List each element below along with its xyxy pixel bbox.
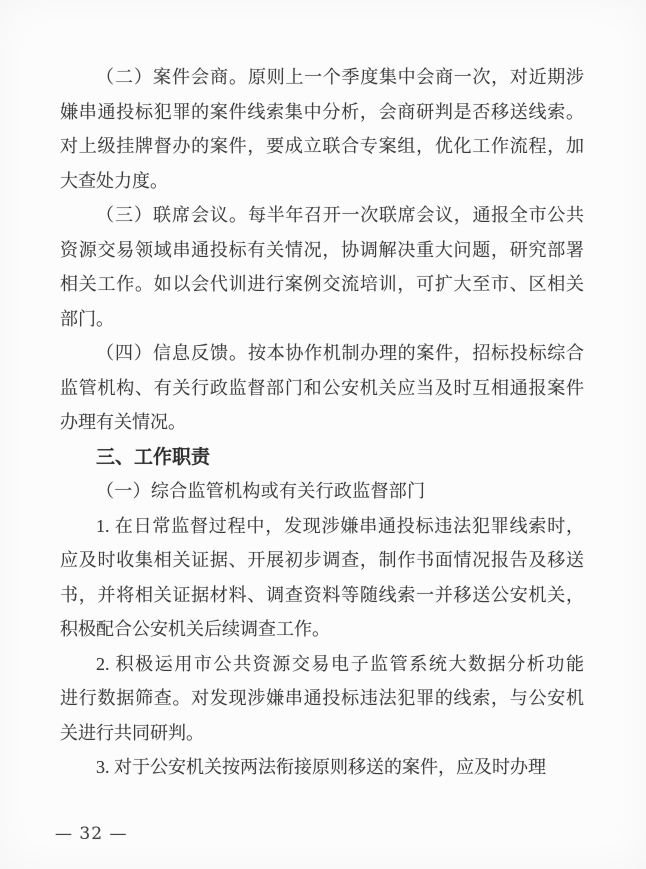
text-line: 3. 对于公安机关按两法衔接原则移送的案件，应及时办理 [60,750,584,785]
text-line: 2. 积极运用市公共资源交易电子监管系统大数据分析功能 [60,647,584,682]
text-run-fangsong: 3. 对于公安机关按两法衔接原则移送的案件，应及时办理 [96,757,546,777]
text-run-fangsong: 1. 在日常监督过程中，发现涉嫌串通投标违法犯罪线索时， [96,516,584,536]
text-line: 办理有关情况。 [60,405,584,440]
document-body: （二）案件会商。原则上一个季度集中会商一次，对近期涉嫌串通投标犯罪的案件线索集中… [60,60,584,785]
text-line: （二）案件会商。原则上一个季度集中会商一次，对近期涉 [60,60,584,95]
text-line: 监管机构、有关行政监督部门和公安机关应当及时互相通报案件 [60,371,584,406]
text-run-fangsong: 原则上一个季度集中会商一次，对近期涉 [248,67,584,87]
text-line: 资源交易领域串通投标有关情况，协调解决重大问题，研究部署 [60,233,584,268]
text-run-fangsong: 相关工作。如以会代训进行案例交流培训，可扩大至市、区相关 [60,274,584,294]
text-run-fangsong: 办理有关情况。 [60,412,186,432]
text-run-fangsong: 嫌串通投标犯罪的案件线索集中分析，会商研判是否移送线索。 [60,102,584,122]
text-run-fangsong: 关进行共同研判。 [60,723,204,743]
text-run-hei: 三、工作职责 [96,447,210,468]
text-run-fangsong: 积极配合公安机关后续调查工作。 [60,619,330,639]
text-line: （三）联席会议。每半年召开一次联席会议，通报全市公共 [60,198,584,233]
text-line: （四）信息反馈。按本协作机制办理的案件，招标投标综合 [60,336,584,371]
text-line: 大查处力度。 [60,164,584,199]
text-run-kai: （二）案件会商。 [96,67,248,87]
text-line: 嫌串通投标犯罪的案件线索集中分析，会商研判是否移送线索。 [60,95,584,130]
text-line: （一）综合监管机构或有关行政监督部门 [60,474,584,509]
text-line: 应及时收集相关证据、开展初步调查，制作书面情况报告及移送 [60,543,584,578]
text-line: 书，并将相关证据材料、调查资料等随线索一并移送公安机关， [60,578,584,613]
document-page: （二）案件会商。原则上一个季度集中会商一次，对近期涉嫌串通投标犯罪的案件线索集中… [0,0,646,869]
text-run-kai: （一）综合监管机构或有关行政监督部门 [96,481,425,501]
text-line: 1. 在日常监督过程中，发现涉嫌串通投标违法犯罪线索时， [60,509,584,544]
text-run-fangsong: 资源交易领域串通投标有关情况，协调解决重大问题，研究部署 [60,240,584,260]
text-run-fangsong: 进行数据筛查。对发现涉嫌串通投标违法犯罪的线索，与公安机 [60,688,584,708]
text-line: 进行数据筛查。对发现涉嫌串通投标违法犯罪的线索，与公安机 [60,681,584,716]
text-run-fangsong: 对上级挂牌督办的案件，要成立联合专案组，优化工作流程，加 [60,136,584,156]
text-run-fangsong: 监管机构、有关行政监督部门和公安机关应当及时互相通报案件 [60,378,584,398]
text-line: 部门。 [60,302,584,337]
text-run-fangsong: 2. 积极运用市公共资源交易电子监管系统大数据分析功能 [96,654,584,674]
text-line: 积极配合公安机关后续调查工作。 [60,612,584,647]
text-run-kai: （三）联席会议。 [96,205,248,225]
text-line: 三、工作职责 [60,440,584,475]
text-run-fangsong: 书，并将相关证据材料、调查资料等随线索一并移送公安机关， [60,585,584,605]
page-number: — 32 — [55,824,127,844]
text-line: 相关工作。如以会代训进行案例交流培训，可扩大至市、区相关 [60,267,584,302]
text-run-fangsong: 每半年召开一次联席会议，通报全市公共 [248,205,584,225]
text-run-fangsong: 按本协作机制办理的案件，招标投标综合 [248,343,584,363]
text-line: 对上级挂牌督办的案件，要成立联合专案组，优化工作流程，加 [60,129,584,164]
text-run-kai: （四）信息反馈。 [96,343,248,363]
text-line: 关进行共同研判。 [60,716,584,751]
text-run-fangsong: 大查处力度。 [60,171,168,191]
text-run-fangsong: 部门。 [60,309,114,329]
text-run-fangsong: 应及时收集相关证据、开展初步调查，制作书面情况报告及移送 [60,550,584,570]
